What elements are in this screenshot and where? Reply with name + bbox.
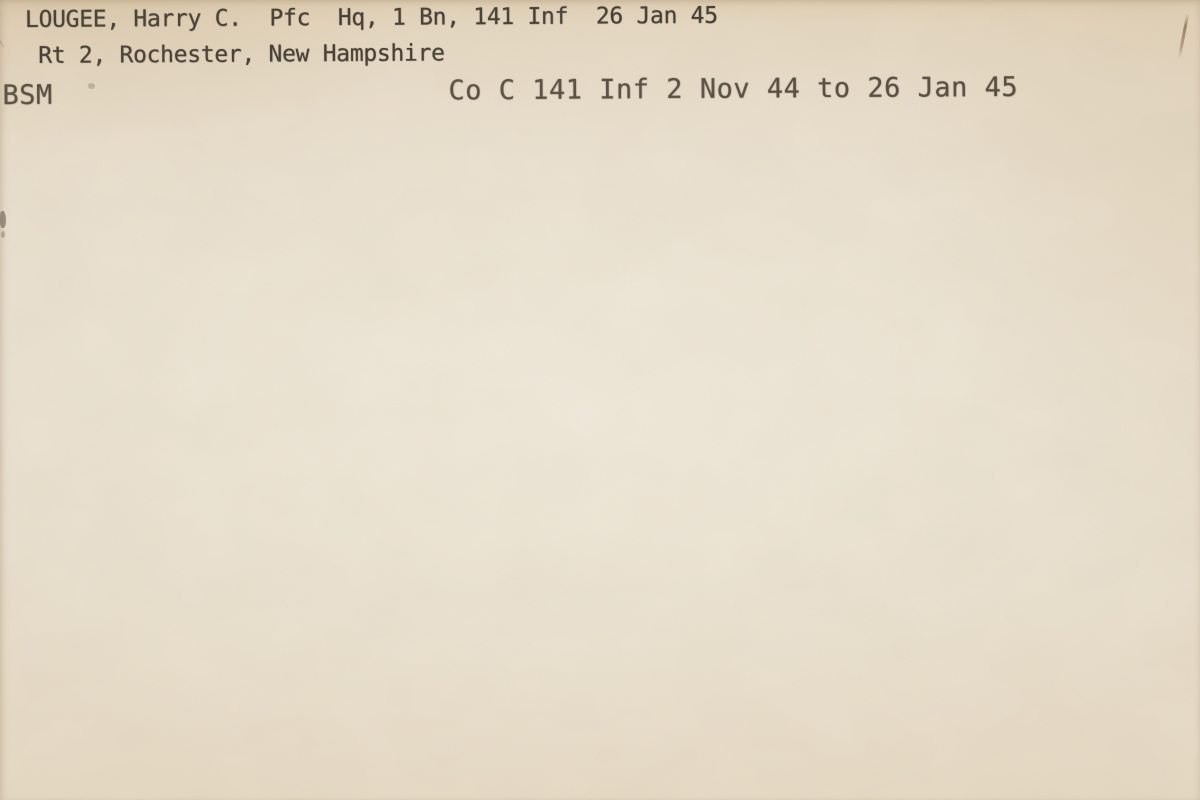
award-abbreviation: BSM [2,80,52,111]
edge-ink-speck-small [1,231,5,238]
card-date: 26 Jan 45 [596,3,718,30]
header-line: LOUGEE, Harry C. Pfc Hq, 1 Bn, 141 Inf 2… [25,3,718,33]
home-address: Rt 2, Rochester, New Hampshire [38,40,445,68]
edge-ink-speck [0,211,6,228]
soldier-name: LOUGEE, Harry C. [25,6,242,33]
address-line: Rt 2, Rochester, New Hampshire [38,40,445,68]
service-record-entry: Co C 141 Inf 2 Nov 44 to 26 Jan 45 [448,72,1018,106]
unit-assignment: Hq, 1 Bn, 141 Inf [338,4,568,31]
rank: Pfc [269,5,310,31]
award-service-line: BSM Co C 141 Inf 2 Nov 44 to 26 Jan 45 [0,71,1200,78]
index-card: LOUGEE, Harry C. Pfc Hq, 1 Bn, 141 Inf 2… [0,0,1200,800]
typed-text-block: LOUGEE, Harry C. Pfc Hq, 1 Bn, 141 Inf 2… [0,0,1200,200]
faint-paper-dot [88,83,95,89]
